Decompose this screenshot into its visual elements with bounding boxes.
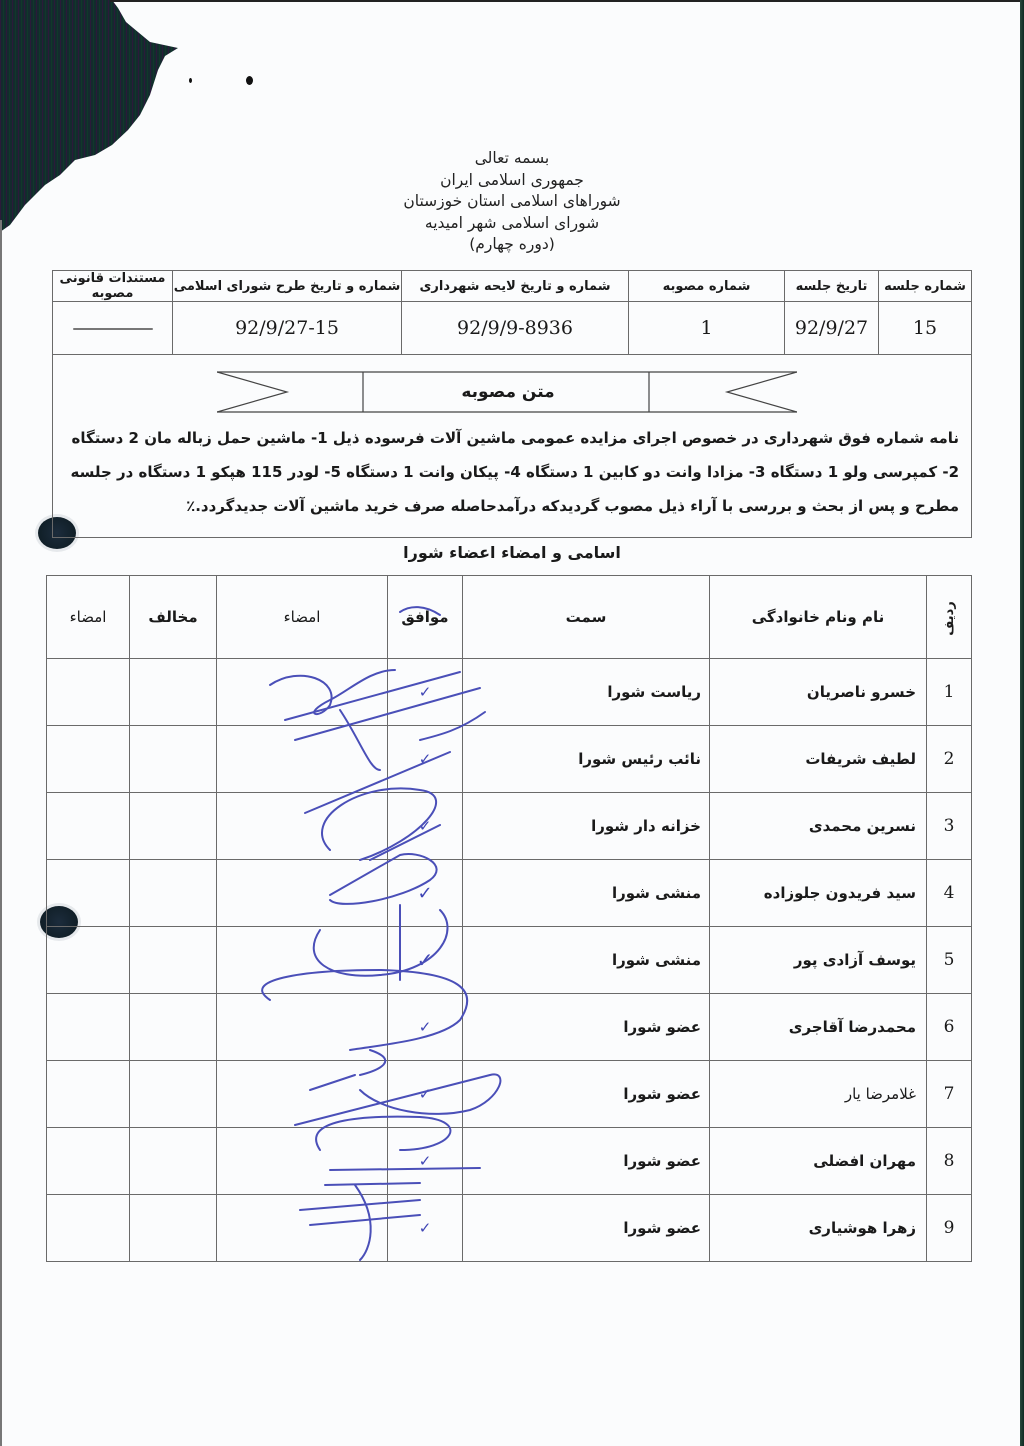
col-approve-signature: امضاء xyxy=(217,576,388,659)
header-line-republic: جمهوری اسلامی ایران xyxy=(0,170,1024,192)
resolution-number: 1 xyxy=(629,302,785,355)
approve-check-icon: ✓ xyxy=(388,994,463,1061)
col-full-name: نام ونام خانوادگی xyxy=(710,576,927,659)
table-row: 5 یوسف آزادی پور منشی شورا ✓ xyxy=(47,927,972,994)
council-plan-ref: 92/9/27-15 xyxy=(173,302,402,355)
member-name: لطیف شریفات xyxy=(710,726,927,793)
oppose-cell xyxy=(130,1061,217,1128)
col-council-plan: شماره و تاریخ طرح شورای اسلامی xyxy=(173,271,402,302)
oppose-cell xyxy=(130,659,217,726)
resolution-line-1: نامه شماره فوق شهرداری در خصوص اجرای مزا… xyxy=(63,421,959,455)
oppose-cell xyxy=(130,1128,217,1195)
member-role: منشی شورا xyxy=(463,860,710,927)
table-row: 9 زهرا هوشیاری عضو شورا ✓ xyxy=(47,1195,972,1262)
member-name: مهران افضلی xyxy=(710,1128,927,1195)
meta-value-row: 15 92/9/27 1 92/9/9-8936 92/9/27-15 xyxy=(53,302,972,355)
approve-check-icon: ✓ xyxy=(388,1195,463,1262)
resolution-line-2: 2- کمپرسی ولو 1 دستگاه 3- مزادا وانت دو … xyxy=(63,455,959,489)
oppose-signature-cell xyxy=(47,793,130,860)
oppose-cell xyxy=(130,927,217,994)
oppose-cell xyxy=(130,726,217,793)
approve-check-icon: ✓ xyxy=(388,1061,463,1128)
signature-cell xyxy=(217,927,388,994)
col-row-no: ردیف xyxy=(927,576,972,659)
member-role: نائب رئیس شورا xyxy=(463,726,710,793)
resolution-line-3: مطرح و پس از بحث و بررسی با آراء ذیل مصو… xyxy=(63,489,959,523)
municipal-bill-ref: 92/9/9-8936 xyxy=(402,302,629,355)
member-role: عضو شورا xyxy=(463,994,710,1061)
oppose-signature-cell xyxy=(47,860,130,927)
oppose-signature-cell xyxy=(47,1061,130,1128)
dust-speck xyxy=(246,76,253,85)
col-oppose-signature: امضاء xyxy=(47,576,130,659)
members-header-row: ردیف نام ونام خانوادگی سمت موافق امضاء م… xyxy=(47,576,972,659)
oppose-cell xyxy=(130,1195,217,1262)
member-name: محمدرضا آقاجری xyxy=(710,994,927,1061)
col-session-number: شماره جلسه xyxy=(879,271,972,302)
member-role: عضو شورا xyxy=(463,1128,710,1195)
col-approve: موافق xyxy=(388,576,463,659)
resolution-text: نامه شماره فوق شهرداری در خصوص اجرای مزا… xyxy=(63,421,959,523)
oppose-cell xyxy=(130,994,217,1061)
legal-basis xyxy=(53,302,173,355)
table-row: 4 سید فریدون جلوزاده منشی شورا ✓ xyxy=(47,860,972,927)
oppose-signature-cell xyxy=(47,994,130,1061)
signature-cell xyxy=(217,1128,388,1195)
table-row: 6 محمدرضا آقاجری عضو شورا ✓ xyxy=(47,994,972,1061)
table-row: 7 غلامرضا یار عضو شورا ✓ xyxy=(47,1061,972,1128)
col-session-date: تاریخ جلسه xyxy=(785,271,879,302)
signature-cell xyxy=(217,659,388,726)
table-row: 3 نسرین محمدی خزانه دار شورا ✓ xyxy=(47,793,972,860)
meta-header-row: شماره جلسه تاریخ جلسه شماره مصوبه شماره … xyxy=(53,271,972,302)
member-role: ریاست شورا xyxy=(463,659,710,726)
resolution-title: متن مصوبه xyxy=(363,371,653,413)
member-name: یوسف آزادی پور xyxy=(710,927,927,994)
oppose-signature-cell xyxy=(47,1195,130,1262)
col-position: سمت xyxy=(463,576,710,659)
member-role: عضو شورا xyxy=(463,1061,710,1128)
approve-check-icon: ✓ xyxy=(388,1128,463,1195)
approve-check-icon: ✓ xyxy=(388,726,463,793)
member-role: خزانه دار شورا xyxy=(463,793,710,860)
resolution-meta-table: شماره جلسه تاریخ جلسه شماره مصوبه شماره … xyxy=(52,270,972,355)
oppose-signature-cell xyxy=(47,1128,130,1195)
approve-check-icon: ✓ xyxy=(388,793,463,860)
oppose-cell xyxy=(130,793,217,860)
blank-dash-mark xyxy=(73,328,153,330)
header-line-bismillah: بسمه تعالی xyxy=(0,148,1024,170)
member-name: زهرا هوشیاری xyxy=(710,1195,927,1262)
member-role: منشی شورا xyxy=(463,927,710,994)
session-date: 92/9/27 xyxy=(785,302,879,355)
signature-cell xyxy=(217,860,388,927)
scan-edge-top xyxy=(110,0,1024,2)
letterhead: بسمه تعالی جمهوری اسلامی ایران شوراهای ا… xyxy=(0,148,1024,256)
col-legal-basis: مستندات قانونی مصوبه xyxy=(53,271,173,302)
signature-cell xyxy=(217,1195,388,1262)
dust-speck xyxy=(189,78,192,83)
header-line-province-councils: شوراهای اسلامی استان خوزستان xyxy=(0,191,1024,213)
table-row: 2 لطیف شریفات نائب رئیس شورا ✓ xyxy=(47,726,972,793)
member-name: غلامرضا یار xyxy=(710,1061,927,1128)
members-table: ردیف نام ونام خانوادگی سمت موافق امضاء م… xyxy=(46,575,972,1262)
member-role: عضو شورا xyxy=(463,1195,710,1262)
col-resolution-number: شماره مصوبه xyxy=(629,271,785,302)
session-number: 15 xyxy=(879,302,972,355)
signature-cell xyxy=(217,793,388,860)
members-title: اسامی و امضاء اعضاء شورا xyxy=(0,543,1024,562)
approve-check-icon: ✓ xyxy=(388,659,463,726)
approve-check-icon: ✓ xyxy=(388,860,463,927)
oppose-signature-cell xyxy=(47,726,130,793)
col-oppose: مخالف xyxy=(130,576,217,659)
col-municipal-bill: شماره و تاریخ لایحه شهرداری xyxy=(402,271,629,302)
table-row: 1 خسرو ناصریان ریاست شورا ✓ xyxy=(47,659,972,726)
member-name: سید فریدون جلوزاده xyxy=(710,860,927,927)
resolution-box: متن مصوبه نامه شماره فوق شهرداری در خصوص… xyxy=(52,355,972,538)
member-name: نسرین محمدی xyxy=(710,793,927,860)
oppose-signature-cell xyxy=(47,659,130,726)
signature-cell xyxy=(217,1061,388,1128)
member-name: خسرو ناصریان xyxy=(710,659,927,726)
scan-edge-left xyxy=(0,220,2,1446)
signature-cell xyxy=(217,726,388,793)
oppose-cell xyxy=(130,860,217,927)
header-line-city-council: شورای اسلامی شهر امیدیه xyxy=(0,213,1024,235)
header-line-term: (دوره چهارم) xyxy=(0,234,1024,256)
signature-cell xyxy=(217,994,388,1061)
approve-check-icon: ✓ xyxy=(388,927,463,994)
oppose-signature-cell xyxy=(47,927,130,994)
table-row: 8 مهران افضلی عضو شورا ✓ xyxy=(47,1128,972,1195)
